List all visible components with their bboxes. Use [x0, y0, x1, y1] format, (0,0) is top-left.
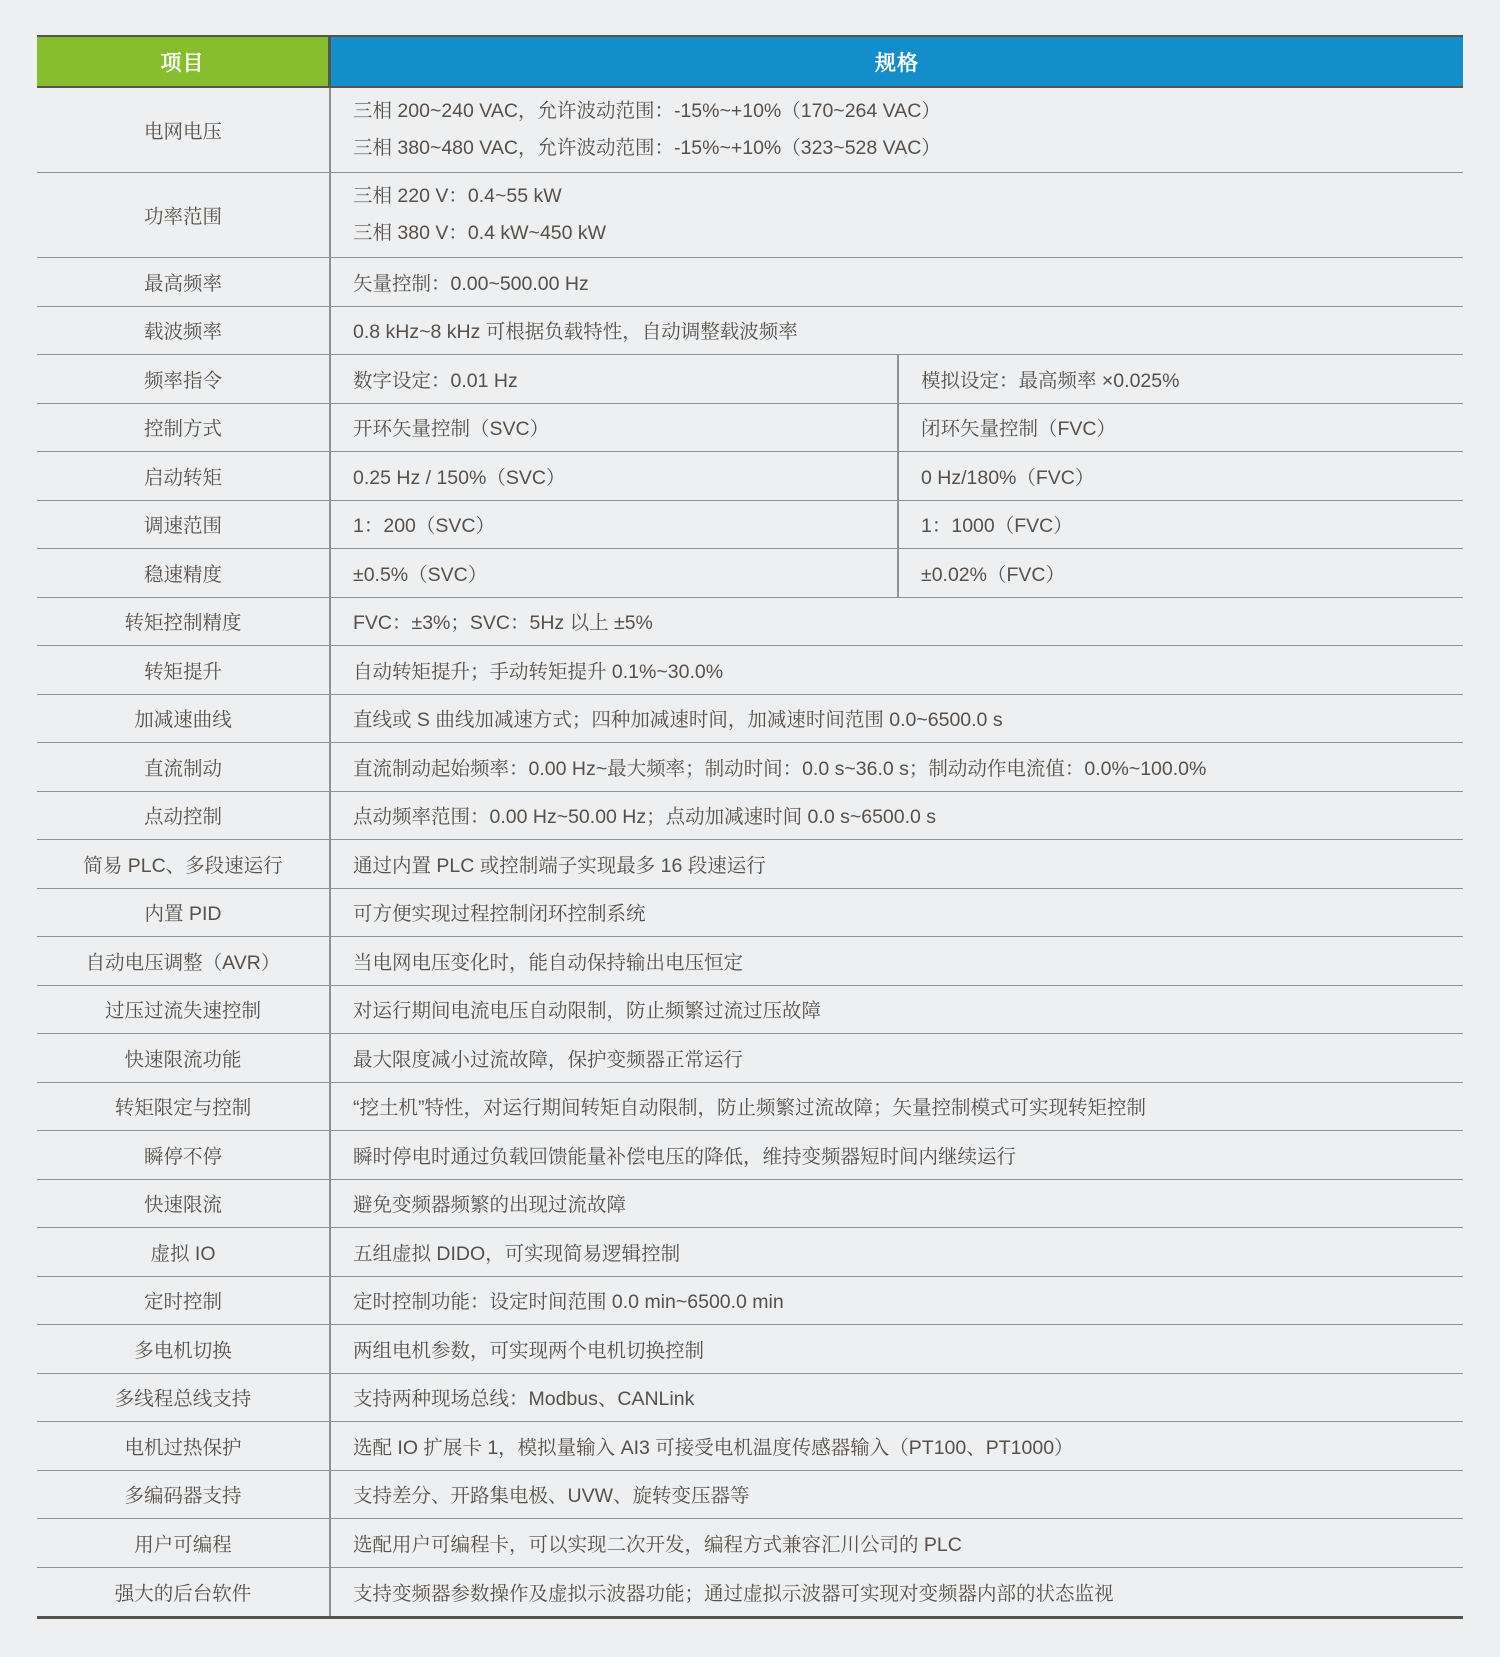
- row-spec: 点动频率范围：0.00 Hz~50.00 Hz；点动加减速时间 0.0 s~65…: [331, 792, 1463, 840]
- spec-sheet-page: 项目 规格 电网电压三相 200~240 VAC，允许波动范围：-15%~+10…: [0, 0, 1500, 1657]
- row-spec: 直流制动起始频率：0.00 Hz~最大频率；制动时间：0.0 s~36.0 s；…: [331, 743, 1463, 791]
- specification-table: 项目 规格 电网电压三相 200~240 VAC，允许波动范围：-15%~+10…: [37, 35, 1463, 1619]
- table-row: 强大的后台软件支持变频器参数操作及虚拟示波器功能；通过虚拟示波器可实现对变频器内…: [37, 1568, 1463, 1617]
- table-row: 快速限流功能最大限度减小过流故障，保护变频器正常运行: [37, 1034, 1463, 1083]
- row-label: 转矩提升: [37, 646, 331, 694]
- row-spec-part: 开环矢量控制（SVC）: [331, 404, 897, 452]
- table-row: 功率范围三相 220 V：0.4~55 kW三相 380 V：0.4 kW~45…: [37, 173, 1463, 258]
- table-row: 电机过热保护选配 IO 扩展卡 1，模拟量输入 AI3 可接受电机温度传感器输入…: [37, 1422, 1463, 1471]
- table-row: 瞬停不停瞬时停电时通过负载回馈能量补偿电压的降低，维持变频器短时间内继续运行: [37, 1131, 1463, 1180]
- row-label: 快速限流功能: [37, 1034, 331, 1082]
- row-spec: ±0.5%（SVC）±0.02%（FVC）: [331, 549, 1463, 597]
- row-spec-part: 1：1000（FVC）: [897, 501, 1463, 549]
- row-label: 多电机切换: [37, 1325, 331, 1373]
- row-label: 内置 PID: [37, 889, 331, 937]
- row-label: 强大的后台软件: [37, 1568, 331, 1617]
- row-label: 简易 PLC、多段速运行: [37, 840, 331, 888]
- table-row: 频率指令数字设定：0.01 Hz模拟设定：最高频率 ×0.025%: [37, 355, 1463, 404]
- row-spec: 当电网电压变化时，能自动保持输出电压恒定: [331, 937, 1463, 985]
- table-body: 电网电压三相 200~240 VAC，允许波动范围：-15%~+10%（170~…: [37, 88, 1463, 1619]
- row-label: 多编码器支持: [37, 1471, 331, 1519]
- row-spec-part: 0.25 Hz / 150%（SVC）: [331, 452, 897, 500]
- row-spec: 可方便实现过程控制闭环控制系统: [331, 889, 1463, 937]
- row-label: 过压过流失速控制: [37, 986, 331, 1034]
- row-label: 电机过热保护: [37, 1422, 331, 1470]
- row-label: 功率范围: [37, 173, 331, 257]
- row-label: 调速范围: [37, 501, 331, 549]
- row-spec-line: 三相 200~240 VAC，允许波动范围：-15%~+10%（170~264 …: [353, 93, 1463, 130]
- row-spec: 瞬时停电时通过负载回馈能量补偿电压的降低，维持变频器短时间内继续运行: [331, 1131, 1463, 1179]
- row-spec: 0.8 kHz~8 kHz 可根据负载特性，自动调整载波频率: [331, 307, 1463, 355]
- table-row: 点动控制点动频率范围：0.00 Hz~50.00 Hz；点动加减速时间 0.0 …: [37, 792, 1463, 841]
- row-spec: 支持两种现场总线：Modbus、CANLink: [331, 1374, 1463, 1422]
- row-spec: 通过内置 PLC 或控制端子实现最多 16 段速运行: [331, 840, 1463, 888]
- table-row: 加减速曲线直线或 S 曲线加减速方式；四种加减速时间，加减速时间范围 0.0~6…: [37, 695, 1463, 744]
- table-row: 多电机切换两组电机参数，可实现两个电机切换控制: [37, 1325, 1463, 1374]
- table-row: 多编码器支持支持差分、开路集电极、UVW、旋转变压器等: [37, 1471, 1463, 1520]
- table-row: 载波频率0.8 kHz~8 kHz 可根据负载特性，自动调整载波频率: [37, 307, 1463, 356]
- row-spec: 矢量控制：0.00~500.00 Hz: [331, 258, 1463, 306]
- row-label: 最高频率: [37, 258, 331, 306]
- row-spec: 定时控制功能：设定时间范围 0.0 min~6500.0 min: [331, 1277, 1463, 1325]
- row-label: 虚拟 IO: [37, 1228, 331, 1276]
- table-row: 虚拟 IO五组虚拟 DIDO，可实现简易逻辑控制: [37, 1228, 1463, 1277]
- table-row: 转矩限定与控制“挖土机”特性，对运行期间转矩自动限制，防止频繁过流故障；矢量控制…: [37, 1083, 1463, 1132]
- table-row: 自动电压调整（AVR）当电网电压变化时，能自动保持输出电压恒定: [37, 937, 1463, 986]
- row-label: 载波频率: [37, 307, 331, 355]
- table-row: 内置 PID可方便实现过程控制闭环控制系统: [37, 889, 1463, 938]
- row-spec-part: 模拟设定：最高频率 ×0.025%: [897, 355, 1463, 403]
- row-label: 控制方式: [37, 404, 331, 452]
- header-item-column: 项目: [37, 37, 331, 86]
- table-header-row: 项目 规格: [37, 35, 1463, 88]
- header-spec-column: 规格: [331, 37, 1463, 86]
- table-row: 控制方式开环矢量控制（SVC）闭环矢量控制（FVC）: [37, 404, 1463, 453]
- table-row: 用户可编程选配用户可编程卡，可以实现二次开发，编程方式兼容汇川公司的 PLC: [37, 1519, 1463, 1568]
- row-label: 直流制动: [37, 743, 331, 791]
- table-row: 过压过流失速控制对运行期间电流电压自动限制，防止频繁过流过压故障: [37, 986, 1463, 1035]
- row-spec: 支持变频器参数操作及虚拟示波器功能；通过虚拟示波器可实现对变频器内部的状态监视: [331, 1568, 1463, 1617]
- row-label: 用户可编程: [37, 1519, 331, 1567]
- row-spec: 选配 IO 扩展卡 1，模拟量输入 AI3 可接受电机温度传感器输入（PT100…: [331, 1422, 1463, 1470]
- row-spec: 直线或 S 曲线加减速方式；四种加减速时间，加减速时间范围 0.0~6500.0…: [331, 695, 1463, 743]
- row-spec: 两组电机参数，可实现两个电机切换控制: [331, 1325, 1463, 1373]
- table-row: 调速范围1：200（SVC）1：1000（FVC）: [37, 501, 1463, 550]
- row-spec: 开环矢量控制（SVC）闭环矢量控制（FVC）: [331, 404, 1463, 452]
- row-label: 频率指令: [37, 355, 331, 403]
- table-row: 直流制动直流制动起始频率：0.00 Hz~最大频率；制动时间：0.0 s~36.…: [37, 743, 1463, 792]
- row-spec: 三相 200~240 VAC，允许波动范围：-15%~+10%（170~264 …: [331, 88, 1463, 172]
- table-row: 启动转矩0.25 Hz / 150%（SVC）0 Hz/180%（FVC）: [37, 452, 1463, 501]
- row-label: 加减速曲线: [37, 695, 331, 743]
- row-spec: 1：200（SVC）1：1000（FVC）: [331, 501, 1463, 549]
- table-row: 定时控制定时控制功能：设定时间范围 0.0 min~6500.0 min: [37, 1277, 1463, 1326]
- row-spec: 对运行期间电流电压自动限制，防止频繁过流过压故障: [331, 986, 1463, 1034]
- row-label: 转矩限定与控制: [37, 1083, 331, 1131]
- row-label: 转矩控制精度: [37, 598, 331, 646]
- row-spec-part: ±0.5%（SVC）: [331, 549, 897, 597]
- row-spec: 0.25 Hz / 150%（SVC）0 Hz/180%（FVC）: [331, 452, 1463, 500]
- table-row: 快速限流避免变频器频繁的出现过流故障: [37, 1180, 1463, 1229]
- table-row: 稳速精度±0.5%（SVC）±0.02%（FVC）: [37, 549, 1463, 598]
- row-spec: 最大限度减小过流故障，保护变频器正常运行: [331, 1034, 1463, 1082]
- table-row: 电网电压三相 200~240 VAC，允许波动范围：-15%~+10%（170~…: [37, 88, 1463, 173]
- row-spec: 自动转矩提升；手动转矩提升 0.1%~30.0%: [331, 646, 1463, 694]
- row-label: 快速限流: [37, 1180, 331, 1228]
- row-label: 瞬停不停: [37, 1131, 331, 1179]
- row-spec: 选配用户可编程卡，可以实现二次开发，编程方式兼容汇川公司的 PLC: [331, 1519, 1463, 1567]
- row-spec-line: 三相 380~480 VAC，允许波动范围：-15%~+10%（323~528 …: [353, 130, 1463, 167]
- row-spec-part: 数字设定：0.01 Hz: [331, 355, 897, 403]
- row-label: 稳速精度: [37, 549, 331, 597]
- row-spec-part: 0 Hz/180%（FVC）: [897, 452, 1463, 500]
- row-spec-line: 三相 380 V：0.4 kW~450 kW: [353, 215, 1463, 252]
- table-row: 转矩控制精度FVC：±3%；SVC：5Hz 以上 ±5%: [37, 598, 1463, 647]
- table-row: 简易 PLC、多段速运行通过内置 PLC 或控制端子实现最多 16 段速运行: [37, 840, 1463, 889]
- row-spec: 支持差分、开路集电极、UVW、旋转变压器等: [331, 1471, 1463, 1519]
- row-spec-part: 闭环矢量控制（FVC）: [897, 404, 1463, 452]
- row-label: 启动转矩: [37, 452, 331, 500]
- table-row: 转矩提升自动转矩提升；手动转矩提升 0.1%~30.0%: [37, 646, 1463, 695]
- row-spec-line: 三相 220 V：0.4~55 kW: [353, 178, 1463, 215]
- row-spec: 数字设定：0.01 Hz模拟设定：最高频率 ×0.025%: [331, 355, 1463, 403]
- row-label: 自动电压调整（AVR）: [37, 937, 331, 985]
- row-label: 多线程总线支持: [37, 1374, 331, 1422]
- row-spec: 五组虚拟 DIDO，可实现简易逻辑控制: [331, 1228, 1463, 1276]
- row-label: 定时控制: [37, 1277, 331, 1325]
- table-row: 最高频率矢量控制：0.00~500.00 Hz: [37, 258, 1463, 307]
- row-spec-part: ±0.02%（FVC）: [897, 549, 1463, 597]
- row-label: 电网电压: [37, 88, 331, 172]
- row-spec: 三相 220 V：0.4~55 kW三相 380 V：0.4 kW~450 kW: [331, 173, 1463, 257]
- row-spec: “挖土机”特性，对运行期间转矩自动限制，防止频繁过流故障；矢量控制模式可实现转矩…: [331, 1083, 1463, 1131]
- table-row: 多线程总线支持支持两种现场总线：Modbus、CANLink: [37, 1374, 1463, 1423]
- row-spec: FVC：±3%；SVC：5Hz 以上 ±5%: [331, 598, 1463, 646]
- row-spec-part: 1：200（SVC）: [331, 501, 897, 549]
- row-spec: 避免变频器频繁的出现过流故障: [331, 1180, 1463, 1228]
- row-label: 点动控制: [37, 792, 331, 840]
